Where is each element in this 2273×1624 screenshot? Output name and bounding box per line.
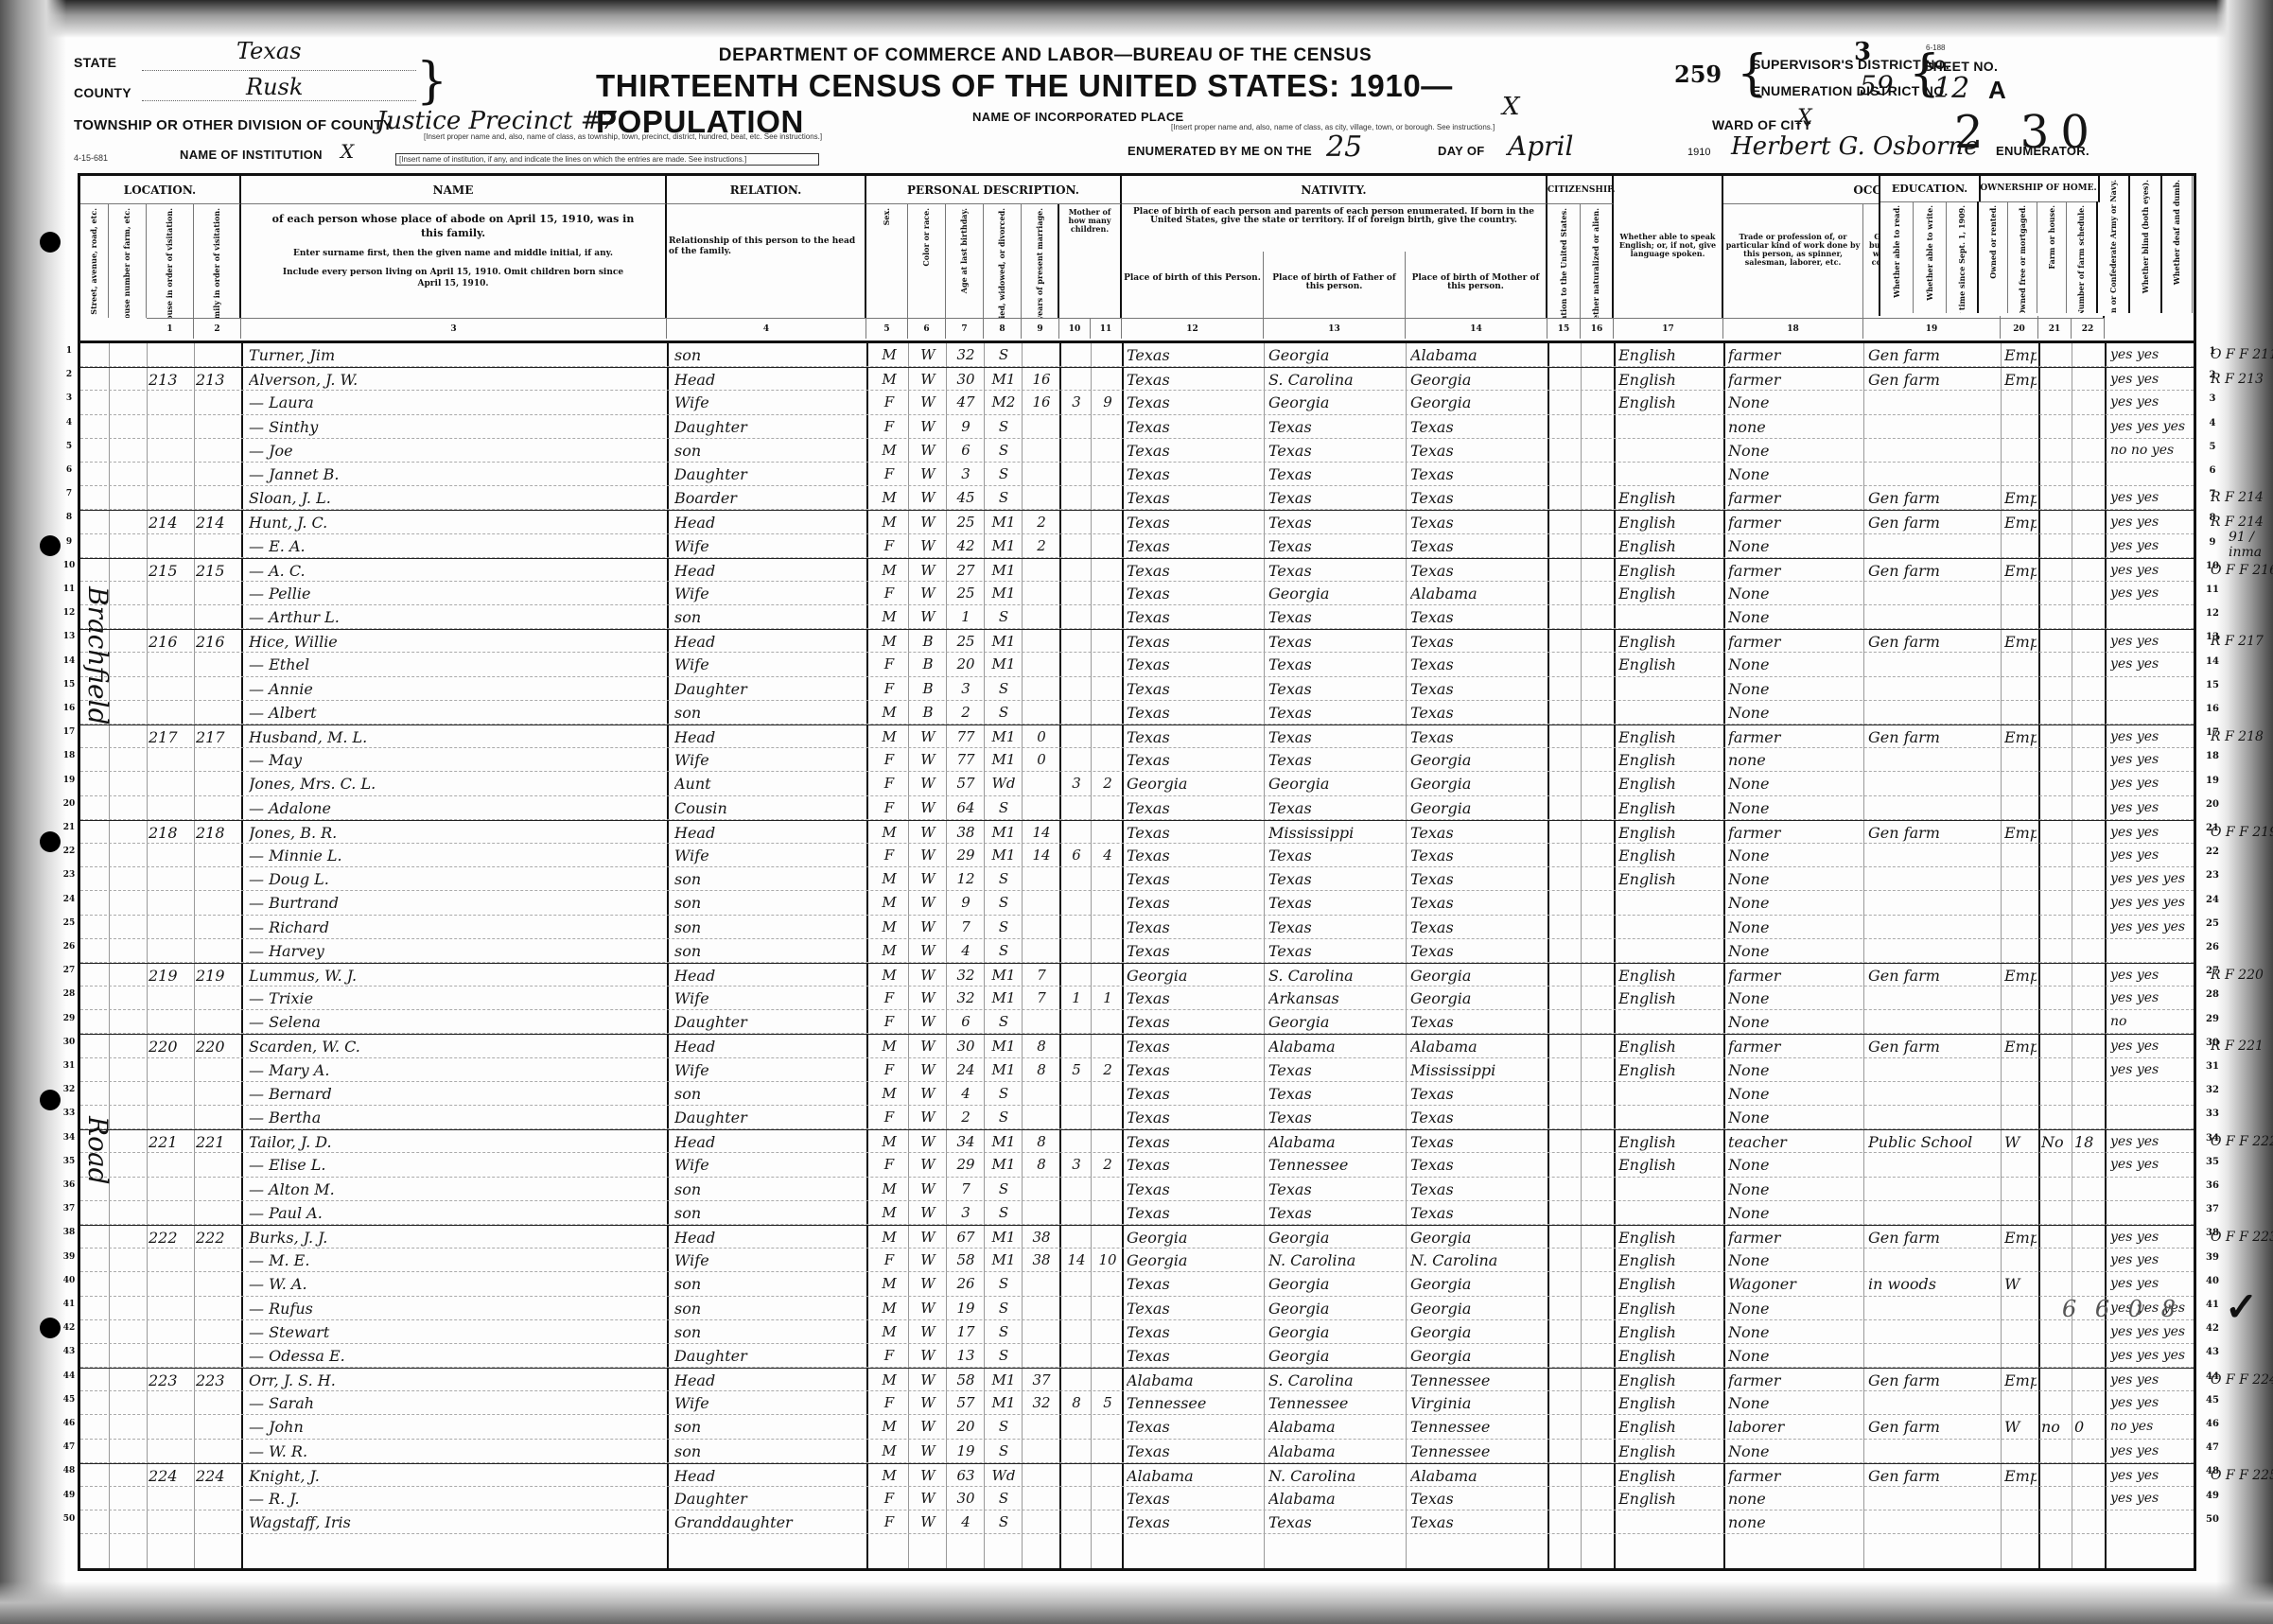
cell-sex: M <box>871 916 907 939</box>
cell-yrs <box>1024 653 1058 676</box>
cell-marital: M1 <box>987 821 1021 845</box>
cell-name: Tailor, J. D. <box>249 1130 665 1154</box>
cell-race: B <box>911 653 945 676</box>
line-number-left: 41 <box>62 1300 76 1309</box>
cell-name: Hunt, J. C. <box>249 511 665 534</box>
cell-born <box>1062 748 1091 772</box>
cell-eng: English <box>1618 1320 1722 1344</box>
cell-relation: Daughter <box>674 1106 864 1129</box>
table-row: — SinthyDaughterFW9STexasTexasTexasnoney… <box>80 415 2194 439</box>
cell-trade: None <box>1728 463 1861 486</box>
cell-living <box>1093 1226 1122 1249</box>
cell-emp <box>2004 916 2037 939</box>
cell-born: 3 <box>1062 391 1091 414</box>
cell-ind <box>1868 1058 1999 1082</box>
cell-ind <box>1868 1487 1999 1510</box>
line-number: 6 <box>2202 465 2223 476</box>
cell-emp <box>2004 772 2037 795</box>
form-number: 259 <box>1674 61 1722 88</box>
cell-trade: farmer <box>1728 559 1861 583</box>
cell-living <box>1093 1130 1122 1154</box>
cell-living <box>1093 534 1122 558</box>
cell-trade: None <box>1728 916 1861 939</box>
line-number: 50 <box>2202 1514 2223 1525</box>
cell-age: 6 <box>949 439 983 463</box>
cell-marital: S <box>987 891 1021 915</box>
cell-born <box>1062 916 1091 939</box>
cell-edu: yes yes yes <box>2110 415 2205 439</box>
cell-trade: farmer <box>1728 1369 1861 1392</box>
cell-eng <box>1618 1106 1722 1129</box>
cell-living <box>1093 439 1122 463</box>
cell-yrs: 38 <box>1024 1226 1058 1249</box>
cell-family <box>196 1510 239 1534</box>
cell-age: 7 <box>949 916 983 939</box>
cell-out <box>2041 605 2072 629</box>
cell-name: Turner, Jim <box>249 343 665 367</box>
group-personal: PERSONAL DESCRIPTION. <box>866 176 1122 204</box>
table-row: — RichardsonMW7STexasTexasTexasNoneyes y… <box>80 916 2194 939</box>
cell-age: 77 <box>949 725 983 749</box>
cell-race: W <box>911 1415 945 1439</box>
cell-age: 20 <box>949 653 983 676</box>
cell-marital: S <box>987 1487 1021 1510</box>
cell-out <box>2041 630 2072 654</box>
cell-relation: Head <box>674 511 864 534</box>
cell-emp <box>2004 1297 2037 1320</box>
cell-born <box>1062 1010 1091 1034</box>
line-number-left: 43 <box>62 1347 76 1356</box>
cell-bpf: Texas <box>1268 1082 1403 1106</box>
cell-bp: Texas <box>1127 1082 1261 1106</box>
cell-emp <box>2004 796 2037 820</box>
cell-edu: yes yes yes <box>2110 867 2205 891</box>
cell-weeks <box>2074 821 2105 845</box>
cell-family <box>196 1249 239 1272</box>
cell-marital: Wd <box>987 1464 1021 1488</box>
table-row: — E. A.WifeFW42M12TexasTexasTexasEnglish… <box>80 534 2194 558</box>
cell-out <box>2041 391 2072 414</box>
cell-out <box>2041 1440 2072 1463</box>
cell-race: W <box>911 1226 945 1249</box>
cell-edu <box>2110 1201 2205 1225</box>
cell-out <box>2041 725 2072 749</box>
line-number-left: 9 <box>62 537 76 547</box>
cell-trade: None <box>1728 1344 1861 1368</box>
cell-race: W <box>911 964 945 987</box>
cell-race: W <box>911 844 945 867</box>
cell-out: No <box>2041 1130 2072 1154</box>
table-row: 214214Hunt, J. C.HeadMW25M12TexasTexasTe… <box>80 510 2194 533</box>
cell-bpm: Texas <box>1410 415 1545 439</box>
cell-relation: son <box>674 867 864 891</box>
right-margin-note: 91 / inma <box>2229 530 2266 560</box>
cell-name: — Joe <box>249 439 665 463</box>
cell-marital: S <box>987 1510 1021 1534</box>
cell-relation: Head <box>674 1130 864 1154</box>
cell-age: 42 <box>949 534 983 558</box>
table-row: — Minnie L.WifeFW29M11464TexasTexasTexas… <box>80 844 2194 867</box>
cell-dwelling <box>149 343 192 367</box>
cell-age: 19 <box>949 1440 983 1463</box>
cell-weeks <box>2074 343 2105 367</box>
cell-edu: yes yes <box>2110 559 2205 583</box>
cell-dwelling <box>149 1058 192 1082</box>
table-row: — Doug L.sonMW12STexasTexasTexasEnglishN… <box>80 867 2194 891</box>
cell-age: 19 <box>949 1297 983 1320</box>
cell-sex: M <box>871 1440 907 1463</box>
table-row: 220220Scarden, W. C.HeadMW30M18TexasAlab… <box>80 1034 2194 1057</box>
colnum-8: 8 <box>984 318 1022 339</box>
cell-bpm: Texas <box>1410 559 1545 583</box>
cell-bpf: Georgia <box>1268 582 1403 605</box>
cell-family: 223 <box>196 1369 239 1392</box>
colhead-nativity-note: Place of birth of each person and parent… <box>1122 204 1547 252</box>
cell-out <box>2041 415 2072 439</box>
cell-sex: F <box>871 1391 907 1415</box>
cell-name: — Trixie <box>249 987 665 1010</box>
cell-bpf: Georgia <box>1268 1226 1403 1249</box>
cell-age: 6 <box>949 1010 983 1034</box>
cell-emp: Emp <box>2004 511 2037 534</box>
cell-weeks: 18 <box>2074 1130 2105 1154</box>
line-number-left: 2 <box>62 370 76 379</box>
colhead-years-married: Number of years of present marriage. <box>1022 204 1059 318</box>
cell-family <box>196 1178 239 1201</box>
cell-trade: None <box>1728 677 1861 701</box>
table-row: — W. R.sonMW19STexasAlabamaTennesseeEngl… <box>80 1440 2194 1463</box>
cell-out <box>2041 1106 2072 1129</box>
cell-sex: F <box>871 1106 907 1129</box>
cell-edu: yes yes <box>2110 1035 2205 1058</box>
cell-race: W <box>911 343 945 367</box>
cell-bp: Georgia <box>1127 964 1261 987</box>
table-row: — EthelWifeFB20M1TexasTexasTexasEnglishN… <box>80 653 2194 676</box>
cell-sex: F <box>871 1344 907 1368</box>
cell-born <box>1062 1178 1091 1201</box>
cell-edu <box>2110 463 2205 486</box>
cell-ind <box>1868 415 1999 439</box>
cell-ind <box>1868 1249 1999 1272</box>
cell-marital: M1 <box>987 1369 1021 1392</box>
cell-emp <box>2004 1320 2037 1344</box>
cell-bp: Texas <box>1127 1130 1261 1154</box>
line-number-left: 23 <box>62 870 76 880</box>
ward-value: X <box>1797 106 1812 130</box>
cell-trade: farmer <box>1728 630 1861 654</box>
cell-emp <box>2004 1440 2037 1463</box>
cell-ind <box>1868 939 1999 963</box>
cell-emp <box>2004 1178 2037 1201</box>
cell-bp: Texas <box>1127 391 1261 414</box>
cell-living <box>1093 1344 1122 1368</box>
cell-relation: Wife <box>674 844 864 867</box>
cell-emp <box>2004 701 2037 725</box>
cell-ind: Gen farm <box>1868 1035 1999 1058</box>
cell-race: W <box>911 772 945 795</box>
line-number-left: 32 <box>62 1085 76 1094</box>
cell-emp <box>2004 844 2037 867</box>
cell-sex: F <box>871 772 907 795</box>
cell-out <box>2041 891 2072 915</box>
cell-dwelling <box>149 844 192 867</box>
line-number: 24 <box>2202 895 2223 905</box>
cell-bpf: Texas <box>1268 511 1403 534</box>
colhead-color: Color or race. <box>908 204 946 318</box>
cell-family <box>196 1272 239 1296</box>
cell-sex: M <box>871 559 907 583</box>
cell-edu: yes yes <box>2110 1391 2205 1415</box>
cell-weeks <box>2074 463 2105 486</box>
cell-dwelling <box>149 486 192 510</box>
colhead-birth-mother: Place of birth of Mother of this person. <box>1406 252 1547 318</box>
cell-born <box>1062 1106 1091 1129</box>
cell-bpm: Alabama <box>1410 1464 1545 1488</box>
cell-race: W <box>911 1082 945 1106</box>
cell-bp: Texas <box>1127 1058 1261 1082</box>
cell-bpf: Tennessee <box>1268 1391 1403 1415</box>
cell-family <box>196 891 239 915</box>
cell-bpf: Alabama <box>1268 1035 1403 1058</box>
punch-hole-icon <box>40 1318 61 1338</box>
cell-trade: None <box>1728 1297 1861 1320</box>
cell-race: B <box>911 701 945 725</box>
table-row: — AnnieDaughterFB3STexasTexasTexasNone <box>80 677 2194 701</box>
cell-bpm: Georgia <box>1410 1297 1545 1320</box>
cell-race: B <box>911 677 945 701</box>
cell-edu: yes yes <box>2110 486 2205 510</box>
enumeration-district-value: 59 <box>1860 70 1894 101</box>
cell-yrs <box>1024 1320 1058 1344</box>
cell-bpm: Texas <box>1410 1487 1545 1510</box>
cell-emp: Emp <box>2004 964 2037 987</box>
cell-bpf: Texas <box>1268 677 1403 701</box>
cell-name: — Minnie L. <box>249 844 665 867</box>
cell-relation: son <box>674 343 864 367</box>
cell-family <box>196 939 239 963</box>
cell-edu: yes yes yes <box>2110 1344 2205 1368</box>
right-columns-header: EDUCATION. OWNERSHIP OF HOME. Whether ab… <box>1879 176 2193 316</box>
sheet-value: 12 <box>1933 72 1969 105</box>
cell-race: W <box>911 1464 945 1488</box>
line-number: 36 <box>2202 1180 2223 1191</box>
cell-trade: None <box>1728 1010 1861 1034</box>
cell-bpm: Texas <box>1410 630 1545 654</box>
cell-living <box>1093 748 1122 772</box>
cell-out <box>2041 559 2072 583</box>
cell-bp: Georgia <box>1127 1226 1261 1249</box>
cell-living <box>1093 1010 1122 1034</box>
line-number: 43 <box>2202 1347 2223 1357</box>
cell-bp: Alabama <box>1127 1369 1261 1392</box>
cell-ind <box>1868 844 1999 867</box>
cell-weeks <box>2074 1344 2105 1368</box>
cell-bpf: Texas <box>1268 439 1403 463</box>
cell-out <box>2041 1391 2072 1415</box>
scan-edge-top <box>0 0 2273 38</box>
cell-trade: None <box>1728 1178 1861 1201</box>
cell-marital: M1 <box>987 1058 1021 1082</box>
cell-edu: yes yes <box>2110 725 2205 749</box>
cell-ind <box>1868 605 1999 629</box>
cell-eng: English <box>1618 1226 1722 1249</box>
line-number-left: 11 <box>62 585 76 594</box>
cell-trade: None <box>1728 653 1861 676</box>
cell-dwelling <box>149 1487 192 1510</box>
cell-ind <box>1868 582 1999 605</box>
cell-bpm: Texas <box>1410 1082 1545 1106</box>
cell-bpm: Texas <box>1410 939 1545 963</box>
cell-weeks <box>2074 1082 2105 1106</box>
colnum-5: 5 <box>866 318 908 339</box>
cell-bpf: Texas <box>1268 748 1403 772</box>
cell-relation: son <box>674 701 864 725</box>
cell-yrs: 2 <box>1024 534 1058 558</box>
cell-age: 13 <box>949 1344 983 1368</box>
cell-weeks <box>2074 1249 2105 1272</box>
cell-relation: Daughter <box>674 415 864 439</box>
cell-eng: English <box>1618 796 1722 820</box>
cell-yrs: 7 <box>1024 987 1058 1010</box>
cell-bpm: Georgia <box>1410 772 1545 795</box>
colhead-read: Whether able to read. <box>1880 201 1914 313</box>
cell-race: W <box>911 1178 945 1201</box>
line-number-left: 12 <box>62 608 76 618</box>
colnum-9: 9 <box>1022 318 1059 339</box>
cell-marital: M1 <box>987 534 1021 558</box>
cell-dwelling: 216 <box>149 630 192 654</box>
cell-living <box>1093 1464 1122 1488</box>
cell-emp <box>2004 1153 2037 1177</box>
table-row: — Jannet B.DaughterFW3STexasTexasTexasNo… <box>80 463 2194 486</box>
cell-race: W <box>911 534 945 558</box>
colnum-6: 6 <box>908 318 946 339</box>
line-number-left: 37 <box>62 1204 76 1214</box>
cell-trade: None <box>1728 1153 1861 1177</box>
cell-living: 1 <box>1093 987 1122 1010</box>
cell-name: — Doug L. <box>249 867 665 891</box>
cell-bpm: Texas <box>1410 511 1545 534</box>
cell-name: — Richard <box>249 916 665 939</box>
cell-name: — Burtrand <box>249 891 665 915</box>
cell-trade: None <box>1728 1058 1861 1082</box>
cell-race: W <box>911 415 945 439</box>
cell-out <box>2041 772 2072 795</box>
cell-yrs <box>1024 1344 1058 1368</box>
cell-race: W <box>911 1010 945 1034</box>
cell-bpf: Texas <box>1268 891 1403 915</box>
cell-living <box>1093 605 1122 629</box>
cell-dwelling: 223 <box>149 1369 192 1392</box>
cell-bp: Georgia <box>1127 1249 1261 1272</box>
line-number: 46 <box>2202 1419 2223 1429</box>
cell-born <box>1062 1415 1091 1439</box>
cell-born <box>1062 415 1091 439</box>
cell-born <box>1062 511 1091 534</box>
cell-relation: Head <box>674 964 864 987</box>
cell-bpm: Alabama <box>1410 343 1545 367</box>
cell-ind: Gen farm <box>1868 821 1999 845</box>
cell-name: Husband, M. L. <box>249 725 665 749</box>
cell-emp: Emp <box>2004 821 2037 845</box>
cell-ind <box>1868 1320 1999 1344</box>
group-education: EDUCATION. <box>1880 176 1981 202</box>
cell-born <box>1062 605 1091 629</box>
cell-dwelling <box>149 1320 192 1344</box>
cell-eng: English <box>1618 844 1722 867</box>
cell-bp: Texas <box>1127 1415 1261 1439</box>
cell-out <box>2041 939 2072 963</box>
cell-edu: yes yes <box>2110 1369 2205 1392</box>
line-number-left: 48 <box>62 1466 76 1476</box>
line-number-left: 16 <box>62 704 76 713</box>
cell-bpf: Arkansas <box>1268 987 1403 1010</box>
cell-eng: English <box>1618 559 1722 583</box>
cell-sex: F <box>871 677 907 701</box>
line-number: 40 <box>2202 1276 2223 1286</box>
cell-yrs <box>1024 939 1058 963</box>
cell-edu: yes yes yes <box>2110 1320 2205 1344</box>
colnum-13: 13 <box>1264 318 1406 339</box>
cell-weeks <box>2074 891 2105 915</box>
table-row: — SarahWifeFW57M13285TennesseeTennesseeV… <box>80 1391 2194 1415</box>
cell-ind <box>1868 1082 1999 1106</box>
cell-bp: Texas <box>1127 1106 1261 1129</box>
cell-relation: Daughter <box>674 1010 864 1034</box>
cell-name: — Mary A. <box>249 1058 665 1082</box>
cell-race: W <box>911 939 945 963</box>
cell-edu: no yes <box>2110 1415 2205 1439</box>
cell-yrs <box>1024 1178 1058 1201</box>
cell-bpf: Texas <box>1268 701 1403 725</box>
cell-yrs <box>1024 486 1058 510</box>
line-number: 32 <box>2202 1085 2223 1095</box>
enumerated-month: April <box>1508 131 1573 162</box>
institution-instructions: [Insert name of institution, if any, and… <box>395 153 819 166</box>
cell-weeks <box>2074 796 2105 820</box>
cell-yrs: 8 <box>1024 1153 1058 1177</box>
cell-family: 213 <box>196 368 239 392</box>
cell-bpm: Georgia <box>1410 1226 1545 1249</box>
cell-age: 3 <box>949 1201 983 1225</box>
line-number: 20 <box>2202 799 2223 810</box>
table-row: — BernardsonMW4STexasTexasTexasNone <box>80 1082 2194 1106</box>
cell-bp: Texas <box>1127 1440 1261 1463</box>
cell-ind <box>1868 916 1999 939</box>
cell-born <box>1062 677 1091 701</box>
cell-living <box>1093 701 1122 725</box>
cell-race: W <box>911 796 945 820</box>
cell-marital: M1 <box>987 1153 1021 1177</box>
cell-weeks <box>2074 559 2105 583</box>
cell-weeks <box>2074 772 2105 795</box>
cell-dwelling: 214 <box>149 511 192 534</box>
institution-value: X <box>341 140 354 163</box>
cell-eng <box>1618 463 1722 486</box>
cell-dwelling <box>149 1415 192 1439</box>
cell-ind <box>1868 867 1999 891</box>
cell-sex: F <box>871 653 907 676</box>
cell-dwelling <box>149 772 192 795</box>
cell-bp: Texas <box>1127 939 1261 963</box>
cell-living: 10 <box>1093 1249 1122 1272</box>
line-number-left: 27 <box>62 966 76 975</box>
cell-yrs: 8 <box>1024 1035 1058 1058</box>
cell-living <box>1093 463 1122 486</box>
table-row: — BurtrandsonMW9STexasTexasTexasNoneyes … <box>80 891 2194 915</box>
cell-family <box>196 701 239 725</box>
cell-race: W <box>911 1440 945 1463</box>
